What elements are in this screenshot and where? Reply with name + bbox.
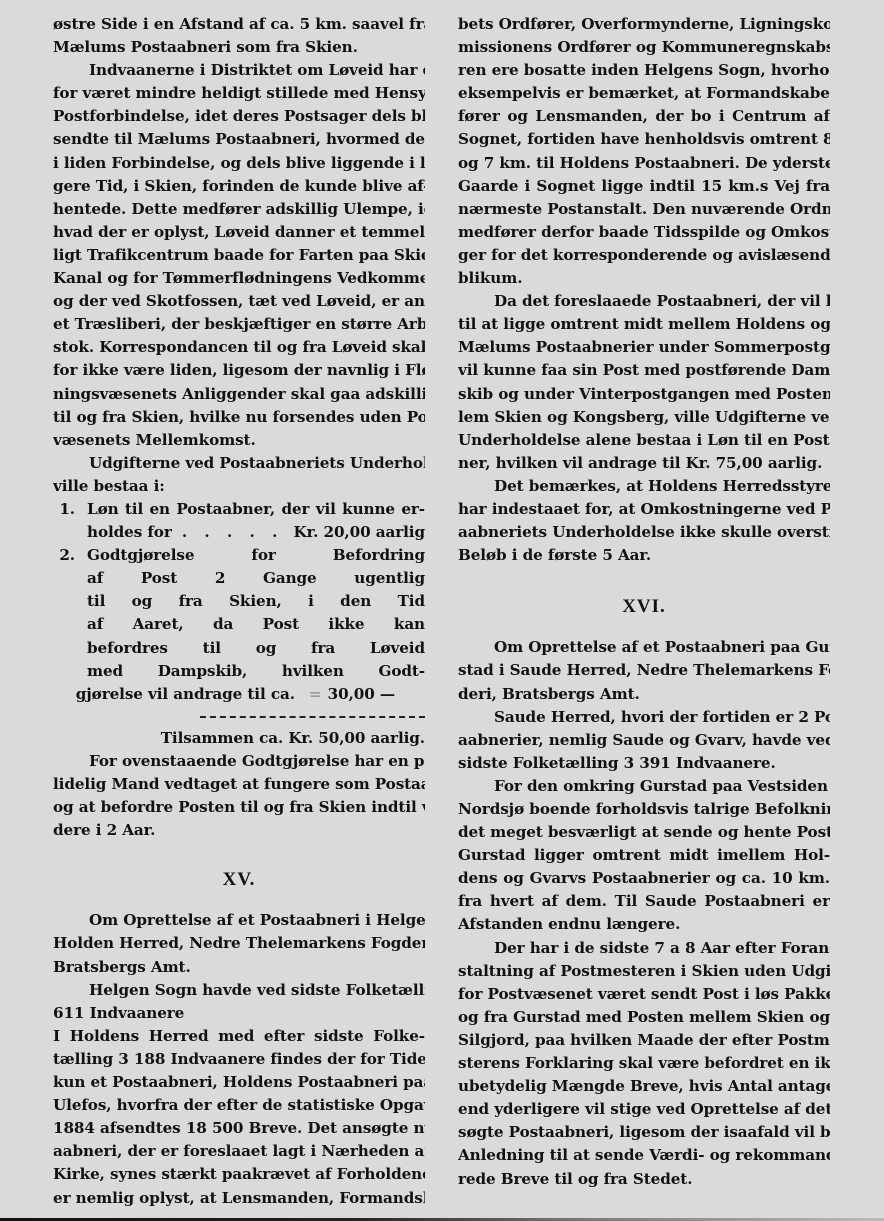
expense-item-amount-line: holdes for. . . . .Kr. 20,00 aarlig (87, 521, 425, 544)
total-rule (200, 716, 425, 718)
text-line: nærmeste Postanstalt. Den nuværende Ordn… (458, 198, 830, 221)
paragraph-saude: Saude Herred, hvori der fortiden er 2 Po… (458, 706, 830, 775)
expense-item-number (53, 521, 87, 544)
text-line: kun et Postaabneri, Holdens Postaabneri … (53, 1071, 425, 1094)
expense-item-row: holdes for. . . . .Kr. 20,00 aarlig (53, 521, 425, 544)
text-line: hvad der er oplyst, Løveid danner et tem… (53, 221, 425, 244)
text-line: stad i Saude Herred, Nedre Thelemarkens … (458, 659, 830, 682)
text-line: Sognet, fortiden have henholdsvis omtren… (458, 128, 830, 151)
text-line: bets Ordfører, Overformynderne, Lignings… (458, 13, 830, 36)
paragraph-godtgjorelse: For ovenstaaende Godtgjørelse har en paa… (53, 750, 425, 842)
text-line: Holden Herred, Nedre Thelemarkens Fogder… (53, 932, 425, 955)
text-line: dens og Gvarvs Postaabnerier og ca. 10 k… (458, 867, 830, 890)
text-line: Indvaanerne i Distriktet om Løveid har d… (53, 59, 425, 82)
paragraph-udgifterne: Udgifterne ved Postaabneriets Underholde… (53, 452, 425, 498)
text-line: og 7 km. til Holdens Postaabneri. De yde… (458, 152, 830, 175)
text-line: for ikke være liden, ligesom der navnlig… (53, 359, 425, 382)
text-line: aabnerier, nemlig Saude og Gvarv, havde … (458, 729, 830, 752)
text-line: For den omkring Gurstad paa Vestsiden af (458, 775, 830, 798)
text-line: ner, hvilken vil andrage til Kr. 75,00 a… (458, 452, 830, 475)
text-line: 1884 afsendtes 18 500 Breve. Det ansøgte… (53, 1117, 425, 1140)
text-line: Da det foreslaaede Postaabneri, der vil … (458, 290, 830, 313)
expense-item-row: med Dampskib, hvilken Godt- (53, 660, 425, 683)
text-line: for været mindre heldigt stillede med He… (53, 82, 425, 105)
text-line: deri, Bratsbergs Amt. (458, 683, 830, 706)
text-line: 611 Indvaanere (53, 1002, 425, 1025)
expense-item-text: befordres til og fra Løveid (87, 637, 425, 660)
text-line: Det bemærkes, at Holdens Herredsstyrelse (458, 475, 830, 498)
expense-item-text: Løn til en Postaabner, der vil kunne er- (87, 498, 425, 521)
text-line: Om Oprettelse af et Postaabneri i Helgen… (53, 909, 425, 932)
expense-item-number (53, 613, 87, 636)
text-line: staltning af Postmesteren i Skien uden U… (458, 960, 830, 983)
text-line: gere Tid, i Skien, forinden de kunde bli… (53, 175, 425, 198)
text-line: og fra Gurstad med Posten mellem Skien o… (458, 1006, 830, 1029)
expense-item-number (53, 683, 76, 706)
paragraph-der-har: Der har i de sidste 7 a 8 Aar efter Fora… (458, 937, 830, 1191)
text-line: søgte Postaabneri, ligesom der isaafald … (458, 1121, 830, 1144)
expense-total: Tilsammen ca. Kr. 50,00 aarlig. (53, 727, 425, 750)
section-heading-xv: XV. (53, 868, 425, 891)
expense-list: 1.Løn til en Postaabner, der vil kunne e… (53, 498, 425, 706)
left-column: østre Side i en Afstand af ca. 5 km. saa… (53, 13, 425, 1210)
text-line: eksempelvis er bemærket, at Formandskabe… (458, 82, 830, 105)
paragraph-intro: østre Side i en Afstand af ca. 5 km. saa… (53, 13, 425, 59)
expense-item-amount: Kr. 20,00 aarlig (294, 521, 425, 544)
text-line: Bratsbergs Amt. (53, 956, 425, 979)
text-line: Mælums Postaabnerier under Sommerpostgan… (458, 336, 830, 359)
expense-item-row: af Post 2 Gange ugentlig (53, 567, 425, 590)
text-line: blikum. (458, 267, 830, 290)
expense-item-text: holdes for (87, 521, 172, 544)
expense-item-number (53, 637, 87, 660)
text-line: Helgen Sogn havde ved sidste Folketællin… (53, 979, 425, 1002)
text-line: I Holdens Herred med efter sidste Folke- (53, 1025, 425, 1048)
text-line: Kirke, synes stærkt paakrævet af Forhold… (53, 1163, 425, 1186)
section-xv-title: Om Oprettelse af et Postaabneri i Helgen… (53, 909, 425, 978)
text-line: Gaarde i Sognet ligge indtil 15 km.s Vej… (458, 175, 830, 198)
text-line: ligt Trafikcentrum baade for Farten paa … (53, 244, 425, 267)
expense-item-number (53, 660, 87, 683)
text-line: Afstanden endnu længere. (458, 913, 830, 936)
text-line: ubetydelig Mængde Breve, hvis Antal anta… (458, 1075, 830, 1098)
text-line: Underholdelse alene bestaa i Løn til en … (458, 429, 830, 452)
text-line: Der har i de sidste 7 a 8 Aar efter Fora… (458, 937, 830, 960)
expense-item-row: til og fra Skien, i den Tid (53, 590, 425, 613)
paragraph-indvaanerne: Indvaanerne i Distriktet om Løveid har d… (53, 59, 425, 452)
expense-item-row: 2.Godtgjørelse for Befordring (53, 544, 425, 567)
text-line: aabneri, der er foreslaaet lagt i Nærhed… (53, 1140, 425, 1163)
expense-item-row: 1.Løn til en Postaabner, der vil kunne e… (53, 498, 425, 521)
paragraph-helgen: Helgen Sogn havde ved sidste Folketællin… (53, 979, 425, 1025)
text-line: et Træsliberi, der beskjæftiger en størr… (53, 313, 425, 336)
text-line: Anledning til at sende Værdi- og rekomma… (458, 1144, 830, 1167)
text-line: Ulefos, hvorfra der efter de statistiske… (53, 1094, 425, 1117)
text-line: aabneriets Underholdelse ikke skulle ove… (458, 521, 830, 544)
paragraph-continued: bets Ordfører, Overformynderne, Lignings… (458, 13, 830, 290)
paragraph-da-det: Da det foreslaaede Postaabneri, der vil … (458, 290, 830, 475)
expense-item-amount: 30,00 — (328, 683, 425, 706)
text-line: Kanal og for Tømmerflødningens Vedkommen… (53, 267, 425, 290)
expense-item-text: gjørelse vil andrage til ca. (76, 683, 295, 706)
paragraph-holden: I Holdens Herred med efter sidste Folke-… (53, 1025, 425, 1210)
text-line: har indestaaet for, at Omkostningerne ve… (458, 498, 830, 521)
expense-item-row: gjørelse vil andrage til ca.=30,00 — (53, 683, 425, 706)
text-line: sendte til Mælums Postaabneri, hvormed d… (53, 128, 425, 151)
text-line: missionens Ordfører og Kommuneregnskabsf… (458, 36, 830, 59)
expense-item-number (53, 567, 87, 590)
text-line: Udgifterne ved Postaabneriets Underholde… (53, 452, 425, 475)
text-line: Postforbindelse, idet deres Postsager de… (53, 105, 425, 128)
text-line: Nordsjø boende forholdsvis talrige Befol… (458, 798, 830, 821)
expense-item-text: til og fra Skien, i den Tid (87, 590, 425, 613)
paragraph-for-den: For den omkring Gurstad paa Vestsiden af… (458, 775, 830, 937)
text-line: For ovenstaaende Godtgjørelse har en paa… (53, 750, 425, 773)
text-line: stok. Korrespondancen til og fra Løveid … (53, 336, 425, 359)
section-heading-xvi: XVI. (458, 595, 830, 618)
text-line: fører og Lensmanden, der bo i Centrum af (458, 105, 830, 128)
text-line: ville bestaa i: (53, 475, 425, 498)
expense-item-number: 1. (53, 498, 87, 521)
text-line: rede Breve til og fra Stedet. (458, 1168, 830, 1191)
expense-item-amount-line: gjørelse vil andrage til ca.=30,00 — (76, 683, 425, 706)
expense-item-text: af Post 2 Gange ugentlig (87, 567, 425, 590)
text-line: Om Oprettelse af et Postaabneri paa Gur- (458, 636, 830, 659)
text-line: væsenets Mellemkomst. (53, 429, 425, 452)
leader-dots: = (309, 683, 328, 706)
right-column: bets Ordfører, Overformynderne, Lignings… (458, 13, 830, 1191)
text-line: er nemlig oplyst, at Lensmanden, Formand… (53, 1187, 425, 1210)
text-line: og at befordre Posten til og fra Skien i… (53, 796, 425, 819)
section-xvi-title: Om Oprettelse af et Postaabneri paa Gur-… (458, 636, 830, 705)
text-line: og der ved Skotfossen, tæt ved Løveid, e… (53, 290, 425, 313)
text-line: Saude Herred, hvori der fortiden er 2 Po… (458, 706, 830, 729)
text-line: sidste Folketælling 3 391 Indvaanere. (458, 752, 830, 775)
expense-item-text: med Dampskib, hvilken Godt- (87, 660, 425, 683)
text-line: Mælums Postaabneri som fra Skien. (53, 36, 425, 59)
leader-dots: . . . . . (182, 521, 284, 544)
text-line: ren ere bosatte inden Helgens Sogn, hvor… (458, 59, 830, 82)
text-line: østre Side i en Afstand af ca. 5 km. saa… (53, 13, 425, 36)
text-line: for Postvæsenet været sendt Post i løs P… (458, 983, 830, 1006)
expense-item-row: af Aaret, da Post ikke kan (53, 613, 425, 636)
text-line: til at ligge omtrent midt mellem Holdens… (458, 313, 830, 336)
text-line: hentede. Dette medfører adskillig Ulempe… (53, 198, 425, 221)
text-line: medfører derfor baade Tidsspilde og Omko… (458, 221, 830, 244)
text-line: Gurstad ligger omtrent midt imellem Hol- (458, 844, 830, 867)
expense-item-text: af Aaret, da Post ikke kan (87, 613, 425, 636)
paragraph-det-bemaerkes: Det bemærkes, at Holdens Herredsstyrelse… (458, 475, 830, 567)
text-line: fra hvert af dem. Til Saude Postaabneri … (458, 890, 830, 913)
text-line: ningsvæsenets Anliggender skal gaa adski… (53, 383, 425, 406)
expense-item-row: befordres til og fra Løveid (53, 637, 425, 660)
text-line: skib og under Vinterpostgangen med Poste… (458, 383, 830, 406)
text-line: Beløb i de første 5 Aar. (458, 544, 830, 567)
text-line: til og fra Skien, hvilke nu forsendes ud… (53, 406, 425, 429)
text-line: i liden Forbindelse, og dels blive ligge… (53, 152, 425, 175)
expense-item-text: Godtgjørelse for Befordring (87, 544, 425, 567)
text-line: end yderligere vil stige ved Oprettelse … (458, 1098, 830, 1121)
text-line: lidelig Mand vedtaget at fungere som Pos… (53, 773, 425, 796)
expense-item-number (53, 590, 87, 613)
text-line: dere i 2 Aar. (53, 819, 425, 842)
text-line: lem Skien og Kongsberg, ville Udgifterne… (458, 406, 830, 429)
text-line: tælling 3 188 Indvaanere findes der for … (53, 1048, 425, 1071)
text-line: det meget besværligt at sende og hente P… (458, 821, 830, 844)
text-line: vil kunne faa sin Post med postførende D… (458, 359, 830, 382)
text-line: sterens Forklaring skal være befordret e… (458, 1052, 830, 1075)
expense-item-number: 2. (53, 544, 87, 567)
text-line: ger for det korresponderende og avislæse… (458, 244, 830, 267)
document-page: østre Side i en Afstand af ca. 5 km. saa… (0, 0, 884, 1221)
text-line: Silgjord, paa hvilken Maade der efter Po… (458, 1029, 830, 1052)
